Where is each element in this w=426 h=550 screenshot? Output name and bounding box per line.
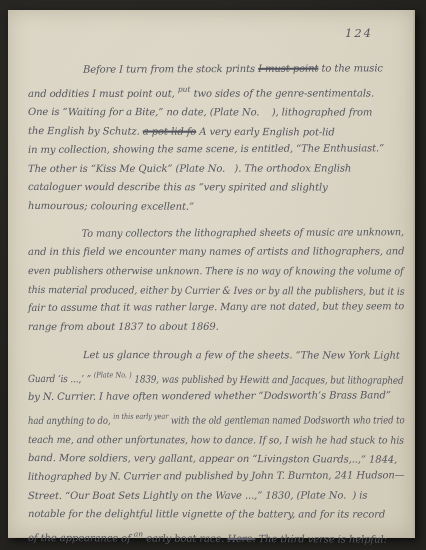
handwritten-text-sup: in this early year [113,412,168,421]
handwritten-text: of the appearance of [28,533,134,544]
handwritten-text: this material produced, either by Currie… [28,285,405,298]
handwritten-text: even publishers otherwise unknown. There… [28,266,403,278]
handwritten-text: notable for the delightful little vignet… [28,509,385,521]
handwritten-text-strike: I must point [258,64,318,75]
handwritten-text-strike: a pot-lid fo [143,127,197,138]
handwritten-text: had anything to do, [28,416,113,427]
manuscript-line: and in this field we encounter many name… [28,244,402,263]
handwritten-text: The third verse is helpful: [255,534,386,546]
manuscript-lines: Before I turn from the stock prints I mu… [28,62,404,549]
manuscript-line: To many collectors the lithographed shee… [28,224,394,244]
handwritten-text: range from about 1837 to about 1869. [28,322,219,333]
handwritten-text-strike: Here. [227,534,255,545]
handwritten-text: teach me, and other unfortunates, how to… [28,435,404,447]
handwritten-text: A very early English pot-lid [196,127,335,139]
handwritten-text: To many collectors the lithographed shee… [82,227,405,240]
handwritten-text: lithographed by N. Currier and published… [28,470,405,483]
handwritten-text-sup: an [134,530,143,539]
manuscript-line: of the appearance of an early boat race.… [28,525,404,550]
manuscript-line: The other is “Kiss Me Quick” (Plate No. … [28,160,404,179]
handwritten-text: with the old gentleman named Dodsworth w… [168,415,404,426]
manuscript-line: by N. Currier. I have often wondered whe… [28,387,404,407]
handwritten-text: The other is “Kiss Me Quick” (Plate No. … [28,163,351,175]
handwritten-text: band. More soldiers, very gallant, appea… [28,453,397,466]
handwritten-text: Street. “Our Boat Sets Lightly on the Wa… [28,490,367,502]
handwritten-text: in my collection, showing the same scene… [28,143,384,156]
photo-background: 124 Before I turn from the stock prints … [0,0,426,550]
handwritten-text: One is “Waiting for a Bite,” no date, (P… [28,107,372,119]
manuscript-line: Let us glance through a few of the sheet… [28,347,404,366]
manuscript-line: humourous; colouring excellent.” [28,198,404,218]
handwritten-text: and in this field we encounter many name… [28,247,404,259]
manuscript-line: One is “Waiting for a Bite,” no date, (P… [28,104,404,123]
manuscript-line: even publishers otherwise unknown. There… [28,263,387,282]
manuscript-page: 124 Before I turn from the stock prints … [8,10,415,538]
handwritten-text-sup: (Plate No. ) [94,370,132,379]
manuscript-line: teach me, and other unfortunates, how to… [28,432,381,451]
handwritten-text: and oddities I must point out, [28,88,178,99]
handwritten-text: 1839, was published by Hewitt and Jacque… [132,374,404,386]
handwritten-text: cataloguer would describe this as “very … [28,182,328,193]
manuscript-line: in my collection, showing the same scene… [28,140,404,160]
handwritten-text: the English by Schutz. [28,126,143,138]
handwritten-text: Let us glance through a few of the sheet… [83,350,400,361]
manuscript-line: lithographed by N. Currier and published… [28,467,402,487]
manuscript-line: Before I turn from the stock prints I mu… [28,60,404,80]
handwritten-text: humourous; colouring excellent.” [28,201,194,213]
manuscript-line: Street. “Our Boat Sets Lightly on the Wa… [28,487,404,506]
manuscript-line: notable for the delightful little vignet… [28,506,404,525]
manuscript-line: cataloguer would describe this as “very … [28,179,404,198]
manuscript-line: and oddities I must point out, put two s… [28,80,404,104]
handwritten-text-sup: put [178,84,191,93]
manuscript-line: had anything to do, in this early year w… [28,407,350,431]
handwritten-text: two sides of the genre-sentimentals. [190,88,374,99]
handwritten-text: Before I turn from the stock prints [83,64,258,76]
handwritten-text: Guard ‘is ...,’ ” [28,374,94,385]
handwritten-text: early boat race. [143,534,227,545]
handwritten-text: to the music [318,63,383,74]
handwritten-text: by N. Currier. I have often wondered whe… [28,391,391,404]
manuscript-line: range from about 1837 to about 1869. [28,319,404,338]
manuscript-line: fair to assume that it was rather large.… [28,299,397,319]
handwritten-text: fair to assume that it was rather large.… [28,302,404,315]
page-number: 124 [345,26,373,40]
